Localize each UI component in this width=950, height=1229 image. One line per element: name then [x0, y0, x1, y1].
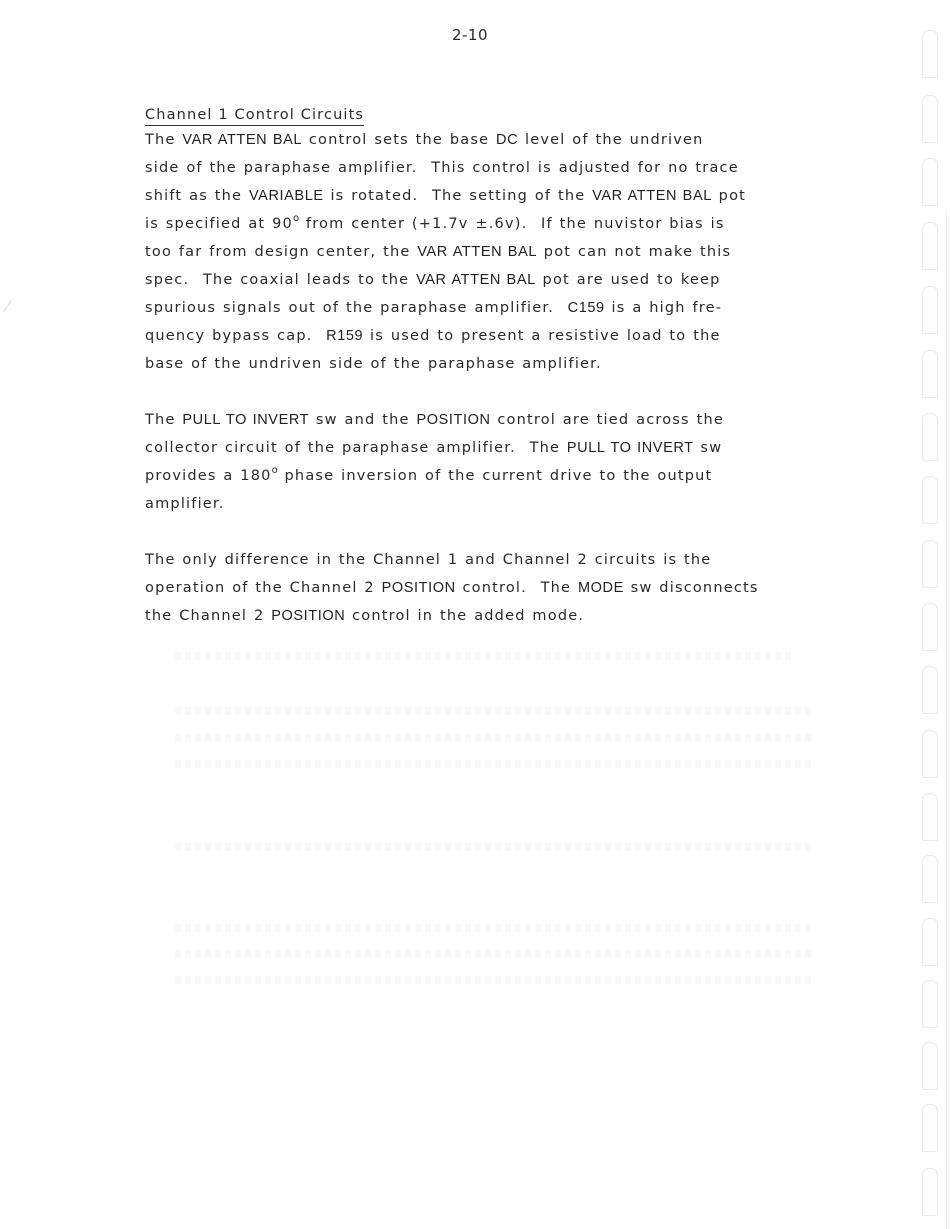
text-line: is specified at 90o from center (+1.7v ±…	[145, 210, 835, 238]
text-run: side of the paraphase amplifier. This co…	[145, 160, 739, 176]
control-name: R159	[326, 328, 363, 344]
text-run: The	[145, 412, 182, 428]
text-run: pot are used to keep	[536, 272, 721, 288]
text-run: sw and the	[309, 412, 416, 428]
binder-hole	[922, 666, 938, 714]
text-run: control. The	[456, 580, 578, 596]
text-run: provides a 180	[145, 468, 272, 484]
text-run: phase inversion of the current drive to …	[278, 468, 713, 484]
text-line: amplifier.	[145, 490, 835, 518]
binder-hole	[922, 855, 938, 903]
text-run: control in the added mode.	[345, 608, 584, 624]
text-line: the Channel 2 POSITION control in the ad…	[145, 602, 835, 630]
binder-hole	[922, 30, 938, 78]
control-name: VAR ATTEN BAL	[182, 132, 302, 148]
text-run: is rotated. The setting of the	[324, 188, 593, 204]
binder-hole	[922, 793, 938, 841]
text-run: the Channel 2	[145, 608, 271, 624]
text-run: from center (+1.7v ±.6v). If the nuvisto…	[299, 216, 724, 232]
section-heading: Channel 1 Control Circuits	[145, 101, 364, 126]
bleed-through	[175, 652, 795, 660]
binder-hole	[922, 1168, 938, 1216]
text-run: The	[145, 132, 182, 148]
text-line: collector circuit of the paraphase ampli…	[145, 434, 835, 462]
bleed-through	[175, 924, 815, 932]
text-run: too far from design center, the	[145, 244, 417, 260]
paragraph: The PULL TO INVERT sw and the POSITION c…	[145, 406, 835, 518]
bleed-through	[175, 734, 815, 742]
text-line: The only difference in the Channel 1 and…	[145, 546, 835, 574]
text-line: operation of the Channel 2 POSITION cont…	[145, 574, 835, 602]
text-run: operation of the Channel 2	[145, 580, 382, 596]
text-run: collector circuit of the paraphase ampli…	[145, 440, 567, 456]
binder-hole	[922, 540, 938, 588]
binder-hole	[922, 413, 938, 461]
binder-hole	[922, 1104, 938, 1152]
text-run: spec. The coaxial leads to the	[145, 272, 416, 288]
text-run: sw	[694, 440, 723, 456]
control-name: C159	[568, 300, 605, 316]
text-run: control are tied across the	[491, 412, 724, 428]
binder-hole	[922, 350, 938, 398]
control-name: PULL TO INVERT	[182, 412, 309, 428]
text-run: The only difference in the Channel 1 and…	[145, 552, 711, 568]
text-run: level of the undriven	[518, 132, 703, 148]
page-edge	[946, 210, 947, 1229]
control-name: POSITION	[416, 412, 490, 428]
binder-hole	[922, 476, 938, 524]
binder-hole	[922, 95, 938, 143]
control-name: MODE	[578, 580, 624, 596]
text-line: too far from design center, the VAR ATTE…	[145, 238, 835, 266]
binder-holes	[922, 0, 942, 1229]
text-run: base of the undriven side of the parapha…	[145, 356, 602, 372]
bleed-through	[175, 760, 815, 768]
text-line: base of the undriven side of the parapha…	[145, 350, 835, 378]
control-name: VAR ATTEN BAL	[417, 244, 537, 260]
binder-hole	[922, 730, 938, 778]
binder-hole	[922, 1042, 938, 1090]
control-name: POSITION	[382, 580, 456, 596]
bleed-through	[175, 976, 815, 984]
bleed-through	[175, 843, 815, 851]
control-name: PULL TO INVERT	[567, 440, 694, 456]
section-body: The VAR ATTEN BAL control sets the base …	[145, 126, 835, 630]
control-name: POSITION	[271, 608, 345, 624]
control-name: VAR ATTEN BAL	[416, 272, 536, 288]
paragraph: The only difference in the Channel 1 and…	[145, 546, 835, 630]
binder-hole	[922, 603, 938, 651]
text-line: quency bypass cap. R159 is used to prese…	[145, 322, 835, 350]
text-run: control sets the base	[302, 132, 496, 148]
text-run: pot	[712, 188, 746, 204]
text-line: provides a 180o phase inversion of the c…	[145, 462, 835, 490]
document-page: 2-10 Channel 1 Control Circuits The VAR …	[0, 0, 950, 1229]
text-run: is a high fre-	[605, 300, 722, 316]
text-run: pot can not make this	[537, 244, 731, 260]
text-line: shift as the VARIABLE is rotated. The se…	[145, 182, 835, 210]
text-line: side of the paraphase amplifier. This co…	[145, 154, 835, 182]
page-number: 2-10	[0, 26, 940, 44]
text-run: is used to present a resistive load to t…	[363, 328, 720, 344]
binder-hole	[922, 222, 938, 270]
text-run: quency bypass cap.	[145, 328, 326, 344]
text-run: spurious signals out of the paraphase am…	[145, 300, 568, 316]
binder-hole	[922, 158, 938, 206]
bleed-through	[175, 950, 815, 958]
section-content: Channel 1 Control Circuits The VAR ATTEN…	[145, 101, 835, 630]
binder-hole	[922, 918, 938, 966]
binder-hole	[922, 286, 938, 334]
text-line: spec. The coaxial leads to the VAR ATTEN…	[145, 266, 835, 294]
paragraph: The VAR ATTEN BAL control sets the base …	[145, 126, 835, 378]
pencil-mark	[3, 300, 20, 318]
binder-hole	[922, 980, 938, 1028]
text-run: sw disconnects	[624, 580, 759, 596]
text-line: The VAR ATTEN BAL control sets the base …	[145, 126, 835, 154]
text-run: shift as the	[145, 188, 249, 204]
text-line: spurious signals out of the paraphase am…	[145, 294, 835, 322]
bleed-through	[175, 707, 815, 715]
control-name: DC	[496, 132, 518, 148]
control-name: VARIABLE	[249, 188, 324, 204]
text-run: amplifier.	[145, 496, 225, 512]
control-name: VAR ATTEN BAL	[592, 188, 712, 204]
text-line: The PULL TO INVERT sw and the POSITION c…	[145, 406, 835, 434]
text-run: is specified at 90	[145, 216, 293, 232]
